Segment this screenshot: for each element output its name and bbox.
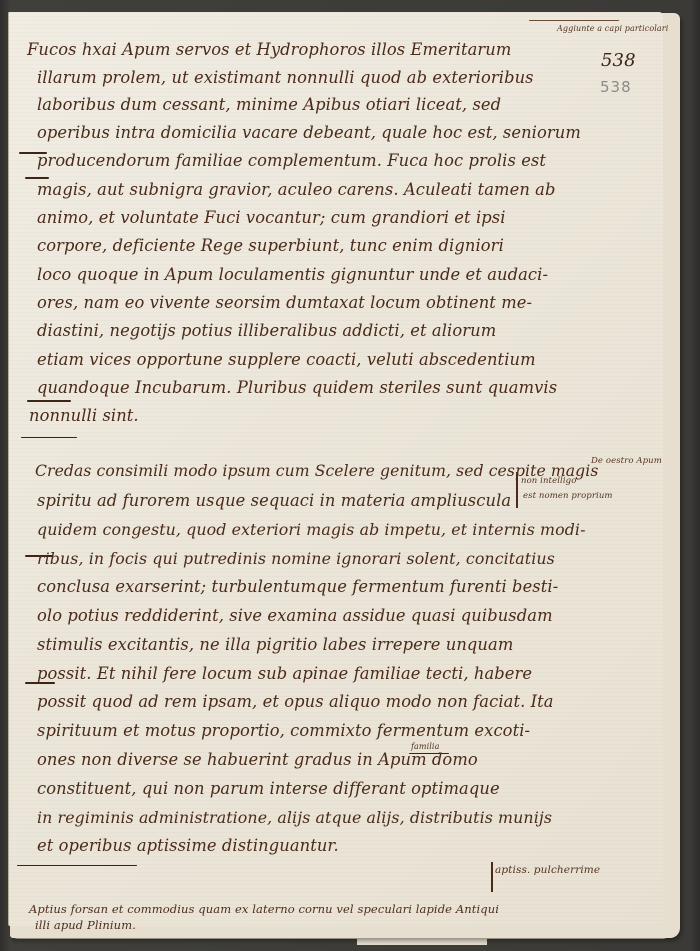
text-line: loco quoque in Apum loculamentis gignunt…: [37, 265, 548, 284]
text-line: stimulis excitantis, ne illa pigritio la…: [37, 635, 513, 654]
text-line: illarum prolem, ut existimant nonnulli q…: [37, 68, 534, 87]
text-line: constituent, qui non parum interse diffe…: [37, 779, 500, 798]
text-line: magis, aut subnigra gravior, aculeo care…: [37, 180, 556, 199]
text-line: quandoque Incubarum. Pluribus quidem ste…: [37, 378, 557, 397]
section-divider: [21, 437, 77, 438]
paragraph-mark: [19, 152, 47, 154]
margin-note-bracket-line-1: non intelligo: [521, 476, 576, 486]
text-line: possit. Et nihil fere locum sub apinae f…: [37, 664, 532, 683]
text-line: spirituum et motus proportio, commixto f…: [37, 721, 530, 740]
folio-number-ink: 538: [601, 50, 636, 71]
text-line: ones non diverse se habuerint gradus in …: [37, 750, 478, 769]
footnote-line: illi apud Plinium.: [35, 918, 136, 932]
text-line: corpore, deficiente Rege superbiunt, tun…: [37, 236, 504, 255]
text-line: diastini, negotijs potius illiberalibus …: [37, 321, 496, 340]
text-line: et operibus aptissime distinguantur.: [37, 836, 339, 855]
text-line: possit quod ad rem ipsam, et opus aliquo…: [37, 692, 554, 711]
text-line: ores, nam eo vivente seorsim dumtaxat lo…: [37, 293, 532, 312]
top-right-rule: [529, 20, 619, 21]
text-line: Fucos hxai Apum servos et Hydrophoros il…: [27, 40, 511, 59]
text-line: producendorum familiae complementum. Fuc…: [37, 151, 546, 170]
footnote-line: Aptius forsan et commodius quam ex later…: [29, 902, 499, 916]
top-right-note: Aggiunte a capi particolari: [557, 24, 668, 33]
margin-note-bracket-line-2: est nomen proprium: [523, 491, 613, 501]
text-line: operibus intra domicilia vacare debeant,…: [37, 123, 581, 142]
folio-number-pencil: 538: [600, 78, 632, 96]
margin-note-bottom-right: aptiss. pulcherrime: [495, 864, 600, 876]
text-line: Credas consimili modo ipsum cum Scelere …: [35, 462, 598, 480]
closing-flourish: [27, 400, 71, 402]
text-line: in regiminis administratione, alijs atqu…: [37, 808, 552, 827]
text-line: quidem congestu, quod exteriori magis ab…: [37, 520, 586, 539]
margin-bracket: [516, 472, 518, 508]
text-line: ribus, in focis qui putredinis nomine ig…: [37, 549, 555, 568]
text-line: nonnulli sint.: [29, 406, 139, 425]
closing-flourish: [17, 865, 137, 866]
text-line: etiam vices opportune supplere coacti, v…: [37, 350, 536, 369]
margin-bracket: [491, 862, 493, 892]
binding-tab: [357, 937, 487, 945]
text-line: spiritu ad furorem usque sequaci in mate…: [37, 491, 511, 510]
text-line: laboribus dum cessant, minime Apibus oti…: [37, 95, 501, 114]
text-line: olo potius reddiderint, sive examina ass…: [37, 606, 553, 625]
margin-note-top-right: De oestro Apum: [591, 456, 662, 466]
paragraph-mark: [25, 177, 49, 179]
manuscript-page: Aggiunte a capi particolari 538 538 Fuco…: [8, 12, 663, 926]
text-line: conclusa exarserint; turbulentumque ferm…: [37, 577, 558, 596]
text-line: animo, et voluntate Fuci vocantur; cum g…: [37, 208, 506, 227]
